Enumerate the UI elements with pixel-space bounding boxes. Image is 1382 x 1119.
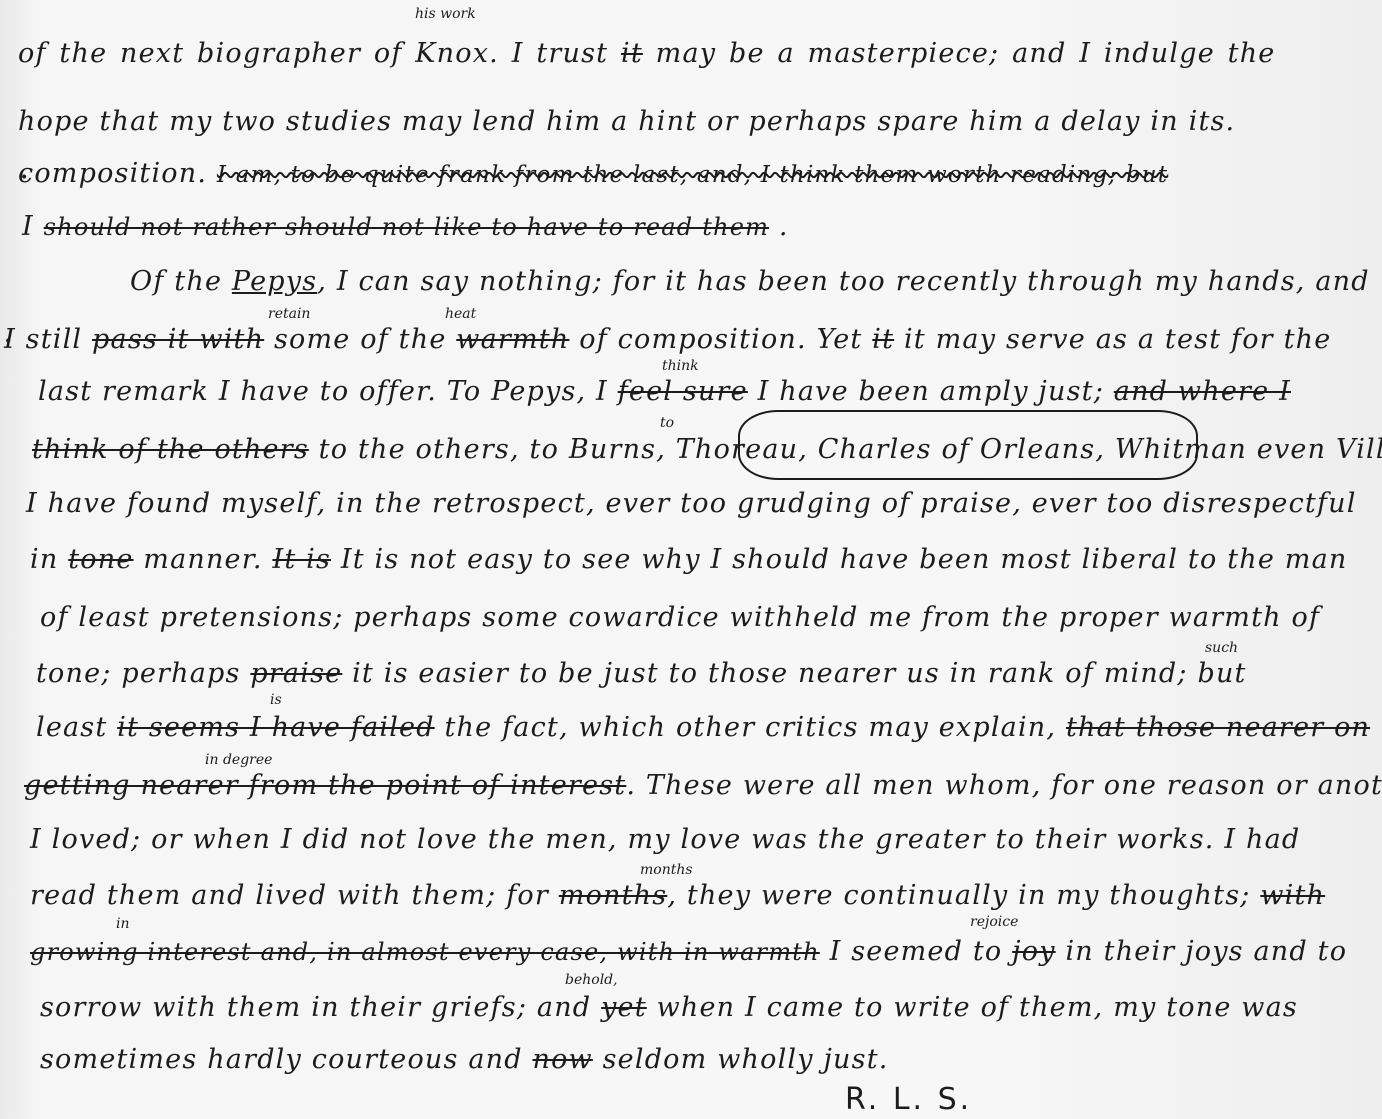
text: of composition. Yet [569,324,872,355]
text: Of the [130,266,232,297]
text: manner. [134,544,273,575]
manuscript-line-2: hope that my two studies may lend him a … [18,108,1235,135]
text: I still [4,324,92,355]
text: when I came to write of them, my tone wa… [647,992,1298,1023]
text: to the others, to Burns, Thoreau, [309,434,818,465]
text: I seemed to [820,936,1012,967]
insertion-such: such [1205,640,1238,656]
insertion-in-degree: in degree [205,752,272,768]
text: , I can say nothing; for it has been too… [317,266,1369,297]
manuscript-line-3: composition. I am, to be quite frank fro… [18,160,1168,187]
manuscript-line-19: sometimes hardly courteous and now seldo… [40,1046,889,1073]
insertion-think: think [662,358,699,374]
text: of least pretensions; perhaps some cowar… [40,602,1320,633]
text: . [769,211,789,242]
deleted-text: should not rather should not like to hav… [44,213,769,241]
deleted-text: It is [272,544,331,575]
manuscript-page: his work of the next biographer of Knox.… [0,0,1382,1119]
text: It is not easy to see why I should have … [331,544,1347,575]
text: last remark I have to offer. To Pepys, I [38,376,618,407]
text: read them and lived with them; for [30,880,559,911]
manuscript-line-14: getting nearer from the point of interes… [24,772,1382,799]
margin-dot-mark: • [20,170,28,186]
text: it is easier to be just to those nearer … [342,658,1246,689]
manuscript-line-17: growing interest and, in almost every ca… [30,938,1347,965]
manuscript-line-13: least it seems I have failed the fact, w… [36,714,1370,741]
deleted-text: warmth [456,324,569,355]
text: of the next biographer of Knox. I trust [18,38,621,69]
manuscript-line-8: think of the others to the others, to Bu… [32,436,1382,463]
text: I have found myself, in the retrospect, … [26,488,1357,519]
manuscript-line-15: I loved; or when I did not love the men,… [30,826,1300,853]
manuscript-line-11: of least pretensions; perhaps some cowar… [40,604,1320,631]
deleted-text: growing interest and, in almost every ca… [30,938,820,966]
text: sorrow with them in their griefs; and [40,992,601,1023]
deleted-text: it [872,324,894,355]
deleted-text: it [621,38,643,69]
insertion-is: is [270,692,282,708]
text: least [36,712,117,743]
deleted-text: that those nearer on [1066,712,1370,743]
deleted-text: I am, to be quite frank from the last, a… [217,162,1168,188]
insertion-behold: behold, [565,972,618,988]
text: in their joys and to [1056,936,1348,967]
signature-initials: R. L. S. [845,1082,972,1117]
text: , they were continually in my thoughts; [667,880,1260,911]
text: sometimes hardly courteous and [40,1044,532,1075]
insertion-retain: retain [268,306,310,322]
manuscript-line-4: I should not rather should not like to h… [22,213,789,240]
insertion-months: months [640,862,693,878]
deleted-text: tone [68,544,133,575]
manuscript-line-1: of the next biographer of Knox. I trust … [18,40,1275,67]
text: in [30,544,68,575]
manuscript-line-7: last remark I have to offer. To Pepys, I… [38,378,1291,405]
insertion-heat: heat [445,306,476,322]
deleted-text: now [532,1044,592,1075]
text: . These were all men whom, for one reaso… [626,770,1382,801]
deleted-text: think of the others [32,434,309,465]
deleted-text: feel sure [618,376,748,407]
manuscript-line-12: tone; perhaps praise it is easier to be … [36,660,1247,687]
text: may be a masterpiece; and I indulge the [643,38,1276,69]
manuscript-line-18: sorrow with them in their griefs; and ye… [40,994,1298,1021]
text: it may serve as a test for the [894,324,1331,355]
deleted-text: getting nearer from the point of interes… [24,770,626,801]
deleted-text: and where I [1114,376,1291,407]
manuscript-line-5: Of the Pepys, I can say nothing; for it … [130,268,1370,295]
insertion-in: in [116,916,130,932]
insertion-to: to [660,415,674,431]
manuscript-line-9: I have found myself, in the retrospect, … [26,490,1357,517]
deleted-text: yet [601,992,647,1023]
deleted-text: with [1260,880,1325,911]
text: the fact, which other critics may explai… [435,712,1066,743]
manuscript-line-10: in tone manner. It is It is not easy to … [30,546,1348,573]
text: I [22,211,44,242]
manuscript-line-16: read them and lived with them; for month… [30,882,1325,909]
text: some of the [264,324,456,355]
deleted-text: months [559,880,668,911]
deleted-text: pass it with [92,324,264,355]
circled-text: Charles of Orleans, Whitman [818,434,1247,465]
text: tone; perhaps [36,658,250,689]
text: I have been amply just; [748,376,1114,407]
underlined-title: Pepys [232,266,317,297]
insertion-rejoice: rejoice [970,914,1018,930]
margin-dot-mark: • [4,334,12,350]
text: composition. [18,158,217,189]
deleted-text: praise [250,658,342,689]
text: I loved; or when I did not love the men,… [30,824,1300,855]
text: hope that my two studies may lend him a … [18,106,1235,137]
manuscript-line-6: I still pass it with some of the warmth … [4,326,1331,353]
insertion-his-work: his work [415,6,476,22]
text: seldom wholly just. [593,1044,889,1075]
deleted-text: joy [1012,936,1055,967]
text: even Villon, [1247,434,1382,465]
deleted-text: it seems I have failed [117,712,435,743]
